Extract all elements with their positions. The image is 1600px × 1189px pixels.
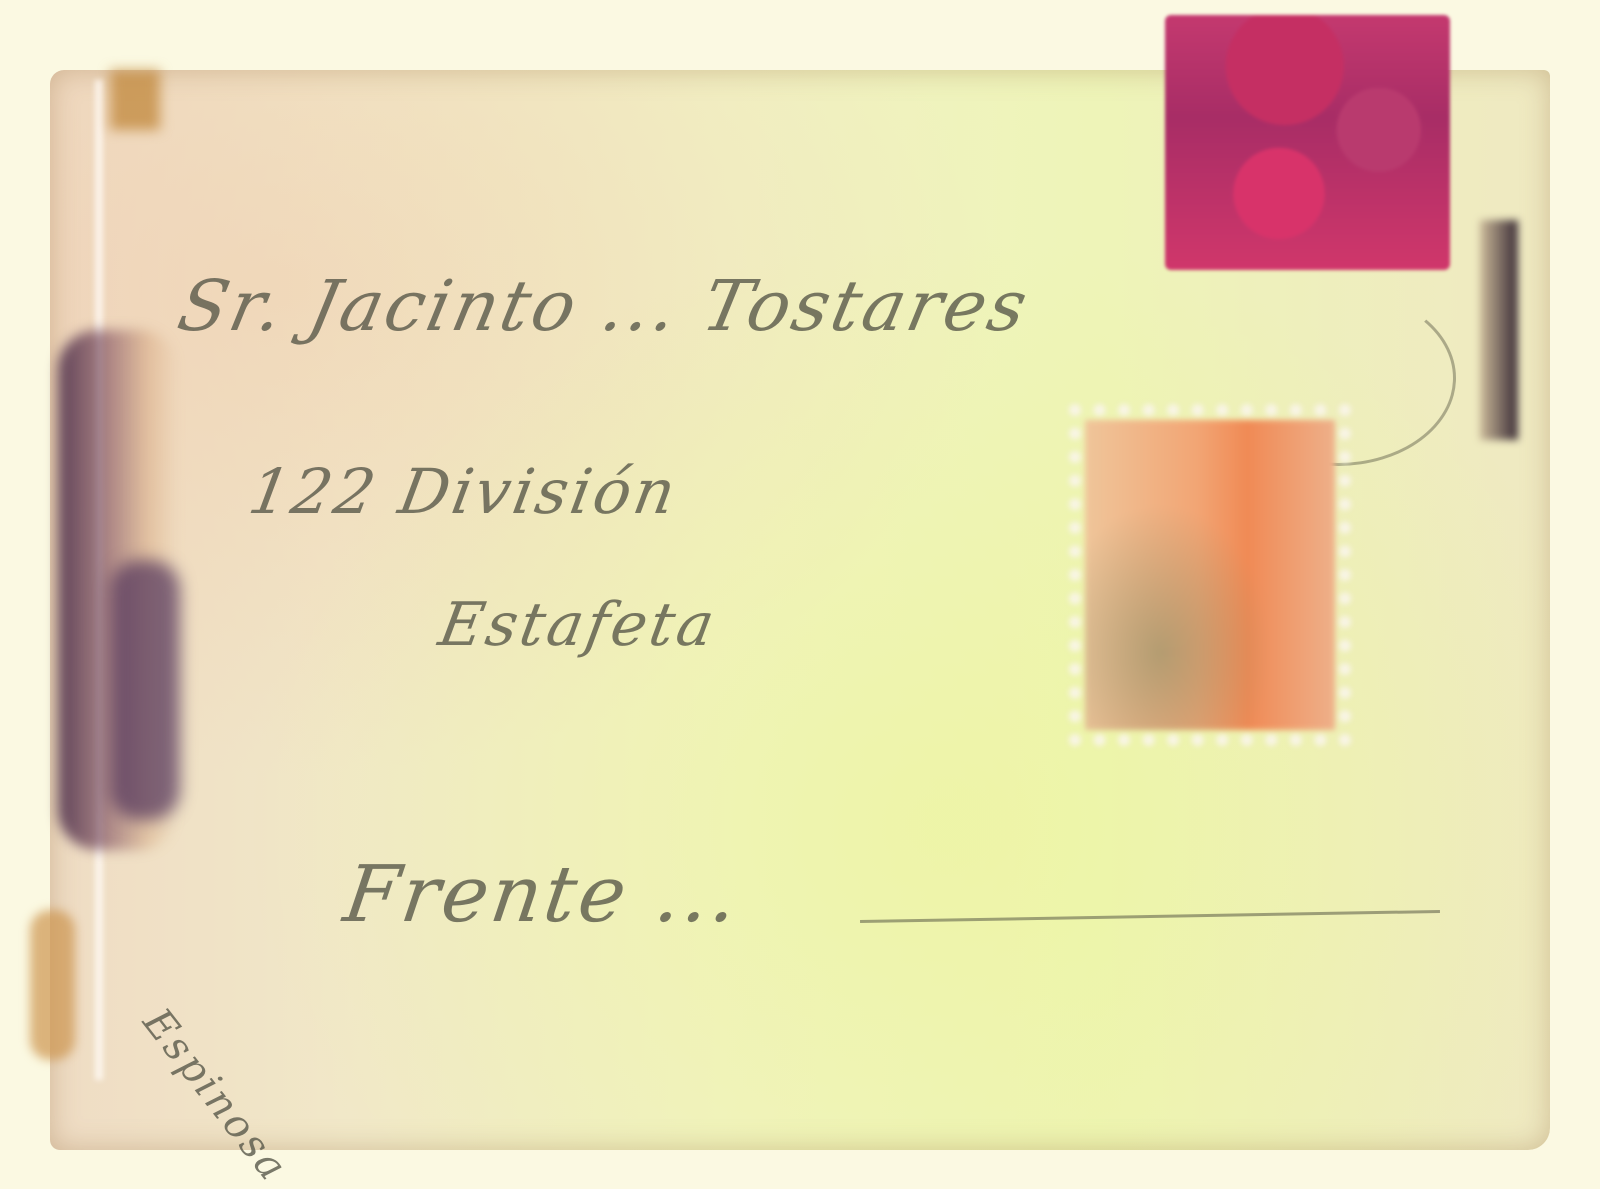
burn-mark-right <box>1480 220 1518 440</box>
address-line-recipient: Sr. Jacinto ... Tostares <box>171 265 1037 347</box>
orange-postage-stamp <box>1085 420 1335 730</box>
address-line-frente: Frente ... <box>339 850 746 940</box>
address-line-division: 122 División <box>244 455 684 528</box>
burn-mark-left-dark <box>110 560 180 820</box>
burn-mark-bottom-left <box>30 910 75 1060</box>
red-postage-stamp <box>1165 15 1450 270</box>
burn-mark-top-left <box>110 70 160 130</box>
address-line-estafeta: Estafeta <box>434 590 722 660</box>
envelope-photo: Sr. Jacinto ... Tostares 122 División Es… <box>0 0 1600 1189</box>
